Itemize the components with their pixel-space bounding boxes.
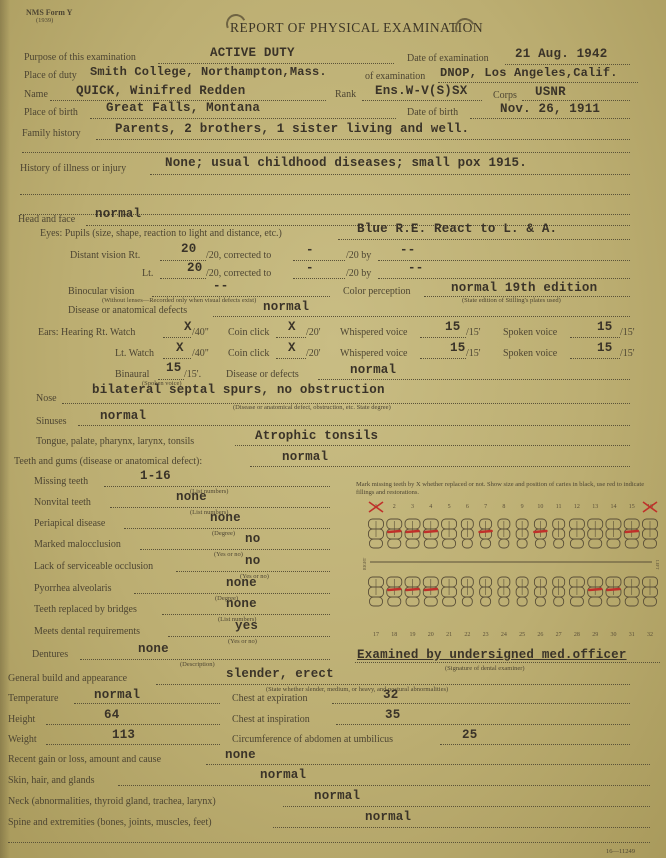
dental-row-label: Meets dental requirements — [34, 626, 140, 637]
head-face-value: normal — [95, 207, 141, 221]
rt-coin-value: X — [288, 320, 296, 334]
tooth-chart: 12345678910111213141516RIGHTLEFT17181920… — [360, 500, 660, 640]
tooth-number: 17 — [373, 632, 379, 638]
corps-label: Corps — [493, 90, 517, 101]
dental-row-value: none — [226, 597, 257, 611]
dental-row-caption: (Description) — [180, 661, 215, 668]
tooth-chart-instruction: Mark missing teeth by X whether replaced… — [356, 481, 656, 497]
tooth-number: 20 — [428, 632, 434, 638]
lt-spoken-label: Spoken voice — [503, 348, 557, 359]
family-history-value: Parents, 2 brothers, 1 sister living and… — [115, 122, 469, 136]
general-build-line — [156, 684, 630, 685]
per15-label: /15' — [466, 348, 481, 359]
sinuses-label: Sinuses — [36, 416, 67, 427]
binocular-caption: (Without lenses—Recorded only when visua… — [102, 297, 256, 304]
spine-label: Spine and extremities (bones, joints, mu… — [8, 817, 212, 828]
per20-label: /20' — [306, 327, 321, 338]
purpose-value: ACTIVE DUTY — [210, 46, 295, 60]
spine-value: normal — [365, 810, 411, 824]
tooth-number: 18 — [391, 632, 397, 638]
general-build-value: slender, erect — [226, 667, 334, 681]
binocular-value: -- — [213, 279, 228, 293]
tooth — [553, 519, 565, 548]
tooth — [553, 577, 565, 606]
tooth — [498, 577, 510, 606]
hearing-rt-watch-label: Ears: Hearing Rt. Watch — [38, 327, 135, 338]
nose-value: bilateral septal spurs, no obstruction — [92, 383, 385, 397]
date-exam-line — [505, 64, 630, 65]
tooth — [461, 577, 473, 606]
dental-row-line — [110, 507, 330, 508]
tooth — [461, 519, 473, 548]
skin-label: Skin, hair, and glands — [8, 775, 95, 786]
lt-watch-label: Lt. Watch — [115, 348, 154, 359]
tooth — [643, 519, 658, 548]
date-birth-label: Date of birth — [407, 107, 458, 118]
rt-watch-line — [163, 337, 191, 338]
tooth — [369, 577, 384, 606]
neck-line — [283, 806, 650, 807]
teeth-gums-label: Teeth and gums (disease or anatomical de… — [14, 456, 202, 467]
lt-corrected-value: - — [306, 261, 314, 275]
dental-row-caption: (Degree) — [212, 530, 235, 537]
chest-expiration-value: 32 — [383, 688, 398, 702]
tooth — [643, 577, 658, 606]
dental-signature-caption: (Signature of dental examiner) — [445, 665, 525, 672]
rt-whisper-line — [420, 337, 466, 338]
eyes-pupils-value: Blue R.E. React to L. & A. — [357, 222, 557, 236]
tooth-number: 27 — [556, 632, 562, 638]
dental-row-value: none — [226, 576, 257, 590]
dental-row-line — [168, 636, 330, 637]
binocular-label: Binocular vision — [68, 286, 134, 297]
rt-corrected-line — [293, 260, 345, 261]
neck-label: Neck (abnormalities, thyroid gland, trac… — [8, 796, 216, 807]
tooth-number: 14 — [610, 504, 616, 510]
sinuses-line — [78, 425, 630, 426]
place-exam-line — [438, 82, 638, 83]
tooth-number: 5 — [448, 504, 451, 510]
tooth-number: 10 — [537, 504, 543, 510]
filling-mark — [480, 531, 492, 532]
skin-line — [118, 785, 650, 786]
tooth — [369, 519, 384, 548]
tooth-number: 31 — [629, 632, 635, 638]
ear-defects-line — [318, 379, 630, 380]
tooth — [516, 519, 528, 548]
dental-row-value: yes — [235, 619, 258, 633]
dental-row-caption: (Yes or no) — [228, 638, 257, 645]
rank-line — [362, 100, 482, 101]
eye-disease-value: normal — [263, 300, 309, 314]
color-perception-value: normal 19th edition — [451, 281, 597, 295]
filling-mark — [607, 589, 619, 590]
history-illness-line — [150, 174, 630, 175]
filling-mark — [626, 531, 638, 532]
tooth — [624, 519, 639, 548]
date-birth-value: Nov. 26, 1911 — [500, 102, 600, 116]
tooth — [606, 519, 621, 548]
weight-value: 113 — [112, 728, 135, 742]
tooth — [387, 577, 402, 606]
history-illness-value: None; usual childhood diseases; small po… — [165, 156, 527, 170]
rt-whisper-label: Whispered voice — [340, 327, 407, 338]
purpose-line — [158, 63, 394, 64]
dental-row-line — [80, 659, 330, 660]
tooth-number: 23 — [483, 632, 489, 638]
color-perception-caption: (State edition of Stilling's plates used… — [462, 297, 561, 304]
abdomen-value: 25 — [462, 728, 477, 742]
dental-row-line — [162, 614, 330, 615]
form-year: (1939) — [36, 17, 53, 24]
lt-whisper-value: 15 — [450, 341, 465, 355]
page-title: REPORT OF PHYSICAL EXAMINATION — [230, 20, 483, 36]
chest-inspiration-label: Chest at inspiration — [232, 714, 310, 725]
rt-vision-value: 20 — [181, 242, 196, 256]
date-exam-label: Date of examination — [407, 53, 489, 64]
chest-expiration-line — [332, 703, 630, 704]
corps-value: USNR — [535, 85, 566, 99]
dental-row-line — [134, 593, 330, 594]
per15-label: /15' — [466, 327, 481, 338]
rt-per20-label: /20, corrected to — [206, 250, 271, 261]
tooth-number: 7 — [484, 504, 487, 510]
dental-row-line — [124, 528, 330, 529]
tooth-number: 30 — [610, 632, 616, 638]
rt-spoken-label: Spoken voice — [503, 327, 557, 338]
lt-watch-value: X — [176, 341, 184, 355]
nose-caption: (Disease or anatomical defect, obstructi… — [233, 404, 391, 411]
tooth — [405, 519, 420, 548]
corps-line — [522, 100, 630, 101]
tooth-number: 3 — [411, 504, 414, 510]
tooth-number: 26 — [537, 632, 543, 638]
filling-mark — [407, 589, 419, 590]
tooth-number: 12 — [574, 504, 580, 510]
per20-label: /20' — [306, 348, 321, 359]
dental-row-label: Lack of serviceable occlusion — [34, 561, 153, 572]
tooth — [423, 519, 438, 548]
rt-whisper-value: 15 — [445, 320, 460, 334]
rt-spoken-value: 15 — [597, 320, 612, 334]
rt-by-label: /20 by — [346, 250, 371, 261]
tooth — [606, 577, 621, 606]
abdomen-line — [440, 744, 630, 745]
height-value: 64 — [104, 708, 119, 722]
family-history-line — [96, 139, 630, 140]
tooth — [534, 577, 546, 606]
lt-per20-label: /20, corrected to — [206, 268, 271, 279]
chest-inspiration-value: 35 — [385, 708, 400, 722]
binaural-per-label: /15'. — [184, 369, 201, 380]
place-duty-value: Smith College, Northampton,Mass. — [90, 65, 327, 79]
spine-line — [273, 827, 650, 828]
recent-gain-value: none — [225, 748, 256, 762]
lt-corrected-line — [293, 278, 345, 279]
per40-label: /40" — [192, 327, 209, 338]
rank-value: Ens.W-V(S)SX — [375, 84, 467, 98]
teeth-gums-line — [250, 466, 630, 467]
lt-whisper-line — [420, 358, 466, 359]
per40-label: /40" — [192, 348, 209, 359]
height-line — [46, 724, 220, 725]
dental-row-value: none — [210, 511, 241, 525]
tongue-value: Atrophic tonsils — [255, 429, 378, 443]
rt-by-value: -- — [400, 243, 415, 257]
binaural-value: 15 — [166, 361, 181, 375]
name-label: Name — [24, 89, 48, 100]
tooth-number: 28 — [574, 632, 580, 638]
tooth-number: 2 — [393, 504, 396, 510]
tooth-number: 19 — [410, 632, 416, 638]
height-label: Height — [8, 714, 35, 725]
tooth — [480, 577, 492, 606]
dental-row-value: no — [245, 554, 260, 568]
tooth-number: 13 — [592, 504, 598, 510]
recent-gain-line — [206, 764, 650, 765]
dental-row-line — [104, 486, 330, 487]
place-duty-label: Place of duty — [24, 70, 77, 81]
head-face-label: Head and face — [18, 214, 75, 225]
dental-signature-value: Examined by undersigned med.officer — [357, 648, 627, 662]
lt-watch-line — [163, 358, 191, 359]
lt-vision-label: Lt. — [142, 268, 153, 279]
lt-spoken-line — [570, 358, 620, 359]
lt-vision-value: 20 — [187, 261, 202, 275]
dental-row-label: Missing teeth — [34, 476, 88, 487]
tongue-label: Tongue, palate, pharynx, larynx, tonsils — [36, 436, 194, 447]
place-birth-value: Great Falls, Montana — [106, 101, 260, 115]
tooth-number: 24 — [501, 632, 507, 638]
dental-row-label: Periapical disease — [34, 518, 105, 529]
tooth-number: 6 — [466, 504, 469, 510]
abdomen-label: Circumference of abdomen at umbilicus — [232, 734, 393, 745]
lt-by-value: -- — [408, 261, 423, 275]
filling-mark — [425, 531, 437, 532]
filling-mark — [425, 589, 437, 590]
tooth-number: 22 — [464, 632, 470, 638]
dental-row-caption: (Yes or no) — [214, 551, 243, 558]
tooth-number: 15 — [629, 504, 635, 510]
rt-spoken-line — [570, 337, 620, 338]
eyes-pupils-label: Eyes: Pupils (size, shape, reaction to l… — [40, 228, 282, 239]
dental-signature-line — [355, 662, 660, 663]
binaural-label: Binaural — [115, 369, 149, 380]
tooth — [624, 577, 639, 606]
blank-line — [8, 842, 650, 843]
place-birth-line — [90, 118, 396, 119]
skin-value: normal — [260, 768, 306, 782]
weight-line — [46, 744, 220, 745]
sinuses-value: normal — [100, 409, 146, 423]
color-perception-label: Color perception — [343, 286, 410, 297]
page-edge-shadow — [0, 0, 10, 858]
ear-defects-label: Disease or defects — [226, 369, 299, 380]
tooth — [480, 519, 492, 548]
temperature-label: Temperature — [8, 693, 58, 704]
distant-vision-rt-label: Distant vision Rt. — [70, 250, 140, 261]
temperature-value: normal — [94, 688, 140, 702]
eye-disease-line — [213, 316, 630, 317]
per15-label: /15' — [620, 327, 635, 338]
lt-coin-line — [276, 358, 306, 359]
place-exam-label: of examination — [365, 71, 425, 82]
tooth-number: 29 — [592, 632, 598, 638]
lt-by-line — [378, 278, 630, 279]
place-exam-value: DNOP, Los Angeles,Calif. — [440, 66, 618, 80]
rt-coin-line — [276, 337, 306, 338]
dental-row-value: 1-16 — [140, 469, 171, 483]
dental-row-line — [140, 549, 330, 550]
physical-exam-form: NMS Form Y (1939) REPORT OF PHYSICAL EXA… — [0, 0, 666, 858]
dental-row-label: Nonvital teeth — [34, 497, 91, 508]
ear-defects-value: normal — [350, 363, 396, 377]
tooth-number: 9 — [521, 504, 524, 510]
recent-gain-label: Recent gain or loss, amount and cause — [8, 754, 161, 765]
purpose-label: Purpose of this examination — [24, 52, 136, 63]
dental-row-label: Teeth replaced by bridges — [34, 604, 137, 615]
tooth — [588, 577, 603, 606]
tooth — [442, 577, 457, 606]
teeth-gums-value: normal — [282, 450, 328, 464]
neck-value: normal — [314, 789, 360, 803]
chest-inspiration-line — [336, 724, 630, 725]
rt-watch-value: X — [184, 320, 192, 334]
filling-mark — [388, 589, 400, 590]
tongue-line — [235, 445, 630, 446]
tooth-number: 8 — [502, 504, 505, 510]
rt-coin-label: Coin click — [228, 327, 269, 338]
filling-mark — [407, 531, 419, 532]
nose-label: Nose — [36, 393, 57, 404]
right-label: RIGHT — [362, 557, 367, 570]
tooth-number: 32 — [647, 632, 653, 638]
family-history-label: Family history — [22, 128, 81, 139]
temperature-line — [74, 703, 220, 704]
chest-expiration-label: Chest at expiration — [232, 693, 308, 704]
eye-disease-label: Disease or anatomical defects — [68, 305, 187, 316]
lt-coin-value: X — [288, 341, 296, 355]
dental-row-line — [176, 571, 330, 572]
tooth — [387, 519, 402, 548]
dental-row-value: none — [138, 642, 169, 656]
tooth — [569, 519, 584, 548]
tooth — [423, 577, 438, 606]
weight-label: Weight — [8, 734, 37, 745]
eyes-pupils-line — [338, 239, 630, 240]
place-birth-label: Place of birth — [24, 107, 78, 118]
print-code: 16—11249 — [606, 848, 635, 855]
filling-mark — [534, 531, 546, 532]
tooth — [442, 519, 457, 548]
date-birth-line — [470, 118, 630, 119]
rank-label: Rank — [335, 89, 356, 100]
dental-row-value: none — [176, 490, 207, 504]
date-exam-value: 21 Aug. 1942 — [515, 47, 607, 61]
dental-row-label: Dentures — [32, 649, 68, 660]
tooth — [534, 519, 546, 548]
lt-whisper-label: Whispered voice — [340, 348, 407, 359]
tooth-number: 21 — [446, 632, 452, 638]
tooth — [405, 577, 420, 606]
lt-spoken-value: 15 — [597, 341, 612, 355]
blank-line — [22, 152, 630, 153]
blank-line — [20, 194, 630, 195]
tooth-number: 11 — [556, 504, 562, 510]
tooth-number: 25 — [519, 632, 525, 638]
filling-mark — [589, 589, 601, 590]
general-build-caption: (State whether slender, medium, or heavy… — [266, 686, 448, 693]
rt-corrected-value: - — [306, 243, 314, 257]
form-id: NMS Form Y — [26, 8, 72, 17]
tooth-number: 4 — [429, 504, 432, 510]
lt-vision-line — [160, 278, 206, 279]
tooth — [569, 577, 584, 606]
dental-row-value: no — [245, 532, 260, 546]
tooth — [516, 577, 528, 606]
tooth — [588, 519, 603, 548]
lt-by-label: /20 by — [346, 268, 371, 279]
left-label: LEFT — [655, 560, 660, 570]
history-illness-label: History of illness or injury — [20, 163, 126, 174]
name-value: QUICK, Winifred Redden — [76, 84, 245, 98]
general-build-label: General build and appearance — [8, 673, 127, 684]
dental-row-label: Marked malocclusion — [34, 539, 121, 550]
tooth-chart-svg: 12345678910111213141516RIGHTLEFT17181920… — [360, 500, 660, 640]
filling-mark — [388, 531, 400, 532]
per15-label: /15' — [620, 348, 635, 359]
dental-row-label: Pyorrhea alveolaris — [34, 583, 111, 594]
tooth — [498, 519, 510, 548]
lt-coin-label: Coin click — [228, 348, 269, 359]
